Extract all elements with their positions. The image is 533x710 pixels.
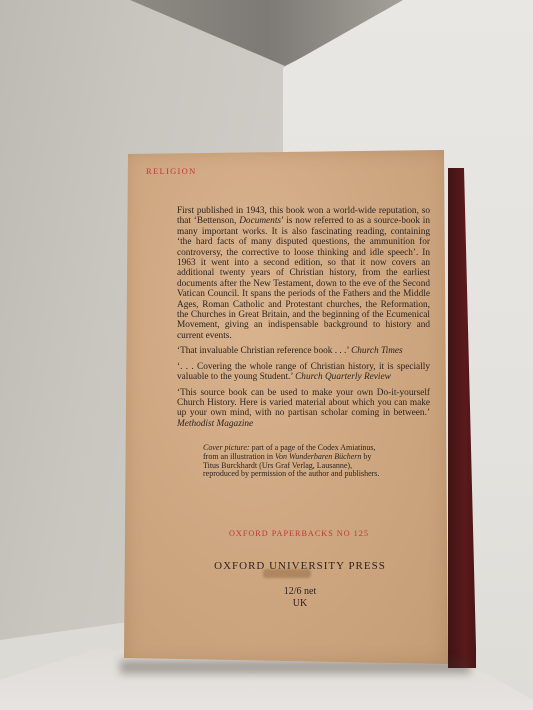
- category-label: RELIGION: [146, 166, 197, 176]
- region: UK: [260, 598, 340, 610]
- review-methodist-magazine: ‘This source book can be used to make yo…: [177, 388, 430, 430]
- price-block: 12/6 net UK: [260, 586, 340, 610]
- price: 12/6 net: [260, 586, 340, 598]
- water-stain: [263, 569, 311, 578]
- blurb-paragraph: First published in 1943, this book won a…: [177, 206, 430, 341]
- cover-picture-credit: Cover picture: part of a page of the Cod…: [203, 444, 383, 479]
- series-number: OXFORD PAPERBACKS NO 125: [229, 529, 369, 538]
- blurb-text: First published in 1943, this book won a…: [177, 206, 430, 434]
- review-church-times: ‘That invaluable Christian reference boo…: [177, 346, 430, 356]
- review-church-quarterly: ‘. . . Covering the whole range of Chris…: [177, 362, 430, 383]
